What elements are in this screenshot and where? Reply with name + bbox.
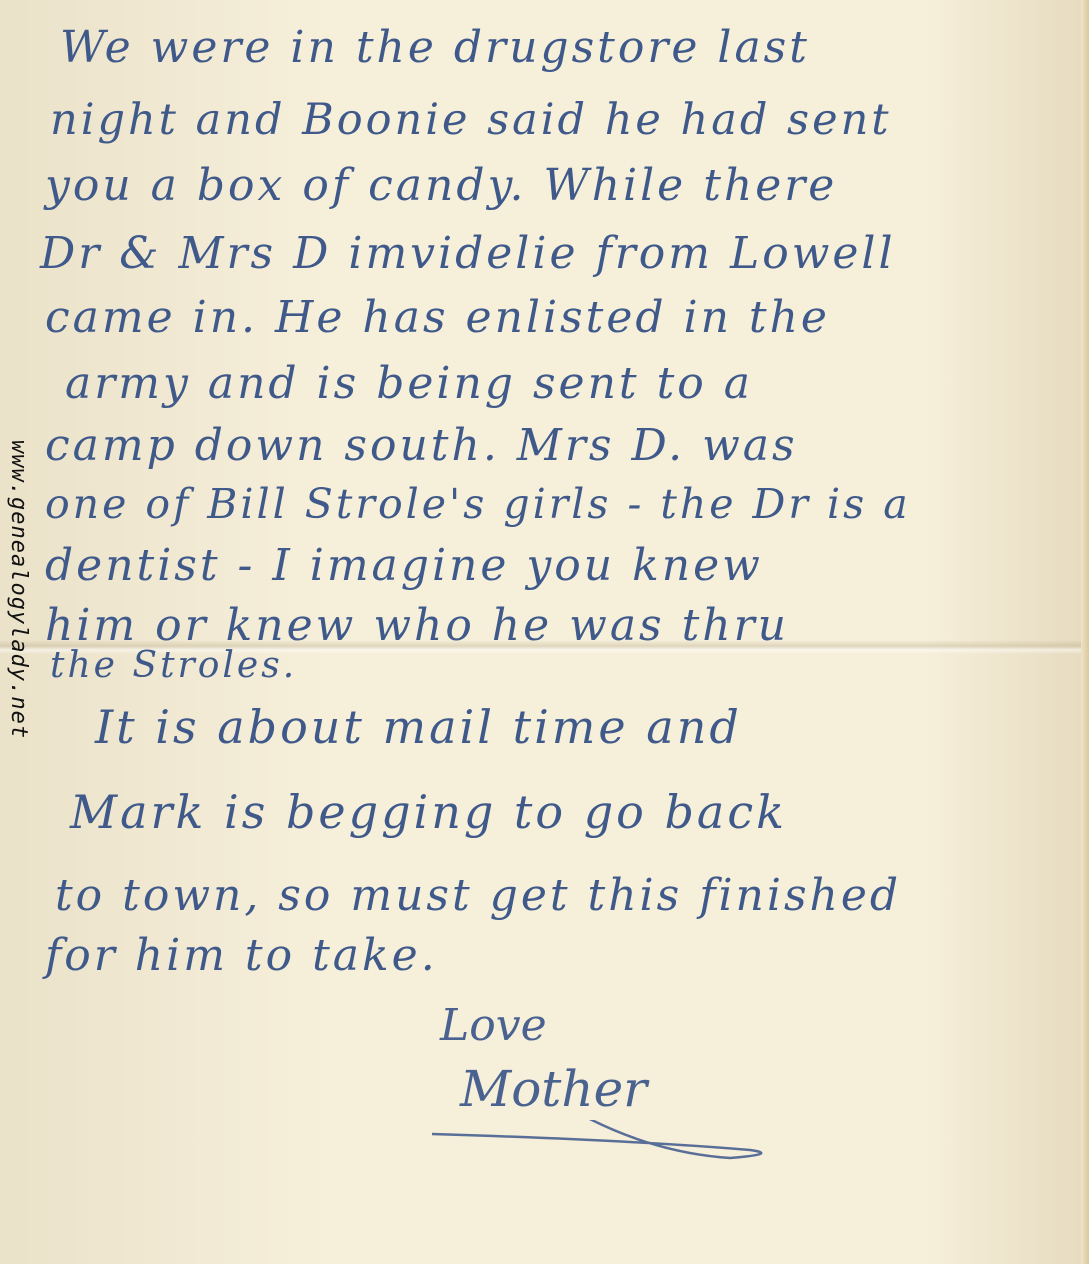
watermark-url: www.genealogylady.net bbox=[6, 440, 31, 739]
letter-line-2: night and Boonie said he had sent bbox=[50, 95, 892, 145]
letter-line-11: the Stroles. bbox=[50, 645, 297, 686]
signature-underline-icon bbox=[430, 1120, 790, 1180]
letter-line-4: Dr & Mrs D imvidelie from Lowell bbox=[40, 228, 896, 279]
letter-line-8: one of Bill Strole's girls - the Dr is a bbox=[45, 480, 911, 528]
letter-line-6: army and is being sent to a bbox=[65, 358, 753, 409]
letter-line-13: Mark is begging to go back bbox=[70, 785, 787, 839]
letter-line-5: came in. He has enlisted in the bbox=[45, 292, 830, 343]
letter-line-12: It is about mail time and bbox=[95, 700, 742, 754]
closing-love: Love bbox=[440, 1000, 547, 1051]
letter-line-10: him or knew who he was thru bbox=[45, 600, 789, 651]
letter-line-15: for him to take. bbox=[45, 930, 438, 981]
letter-line-14: to town, so must get this finished bbox=[55, 870, 901, 921]
letter-line-7: camp down south. Mrs D. was bbox=[45, 420, 798, 471]
signature-mother: Mother bbox=[460, 1060, 647, 1118]
letter-line-9: dentist - I imagine you knew bbox=[45, 540, 763, 591]
letter-line-1: We were in the drugstore last bbox=[60, 22, 810, 73]
letter-line-3: you a box of candy. While there bbox=[45, 160, 837, 211]
paper-edge bbox=[1081, 0, 1089, 1264]
